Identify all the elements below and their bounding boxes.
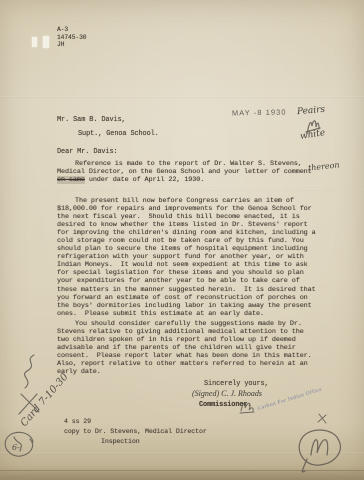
x-mark: [317, 413, 328, 424]
paper-crease: [0, 189, 364, 191]
paper-crease: [0, 96, 364, 98]
signature-line: (Signed) C. J. Rhoads: [192, 389, 262, 398]
paragraph-2: The present bill now before Congress car…: [57, 197, 319, 318]
correction-mark: [43, 36, 49, 48]
approval-initials-scribble: [293, 424, 349, 476]
recipient-name: Mr. Sam B. Davis,: [57, 116, 126, 124]
closing-sincerely: Sincerely yours,: [204, 380, 269, 388]
carbon-copy-stamp: Carbon For Indian Office: [257, 387, 323, 412]
commissioner-initials-scribble: [238, 399, 256, 414]
paragraph-1-text: Reference is made to the report of Dr. W…: [57, 160, 316, 176]
struck-out-text: on same: [57, 176, 85, 184]
footer-copy-line: copy to Dr. Stevens, Medical Director: [64, 428, 207, 435]
corner-scribble: [0, 426, 40, 464]
salutation: Dear Mr. Davis:: [57, 148, 118, 156]
file-code-line: A-3: [57, 26, 86, 34]
correction-mark: [32, 37, 37, 47]
footer-inspection: Inspection: [101, 438, 140, 445]
file-code-line: 14745-30: [57, 34, 86, 42]
paragraph-1-text: under date of April 22, 1930.: [85, 176, 204, 184]
date-stamp: MAY -8 1930: [232, 108, 287, 118]
recipient-title: Supt., Genoa School.: [78, 130, 159, 138]
thereon-correction-note: thereon: [308, 160, 340, 172]
file-code-line: JH: [57, 41, 86, 49]
footer-reference: 4 ss 29: [64, 418, 91, 425]
paragraph-3: You should consider carefully the sugges…: [57, 320, 319, 376]
file-codes: A-3 14745-30 JH: [57, 26, 86, 49]
paragraph-1: Reference is made to the report of Dr. W…: [57, 160, 319, 184]
letter-document: A-3 14745-30 JH MAY -8 1930 Peairs white…: [0, 0, 364, 480]
margin-scrawl: [12, 352, 46, 426]
routing-name-note: Peairs: [297, 105, 326, 117]
